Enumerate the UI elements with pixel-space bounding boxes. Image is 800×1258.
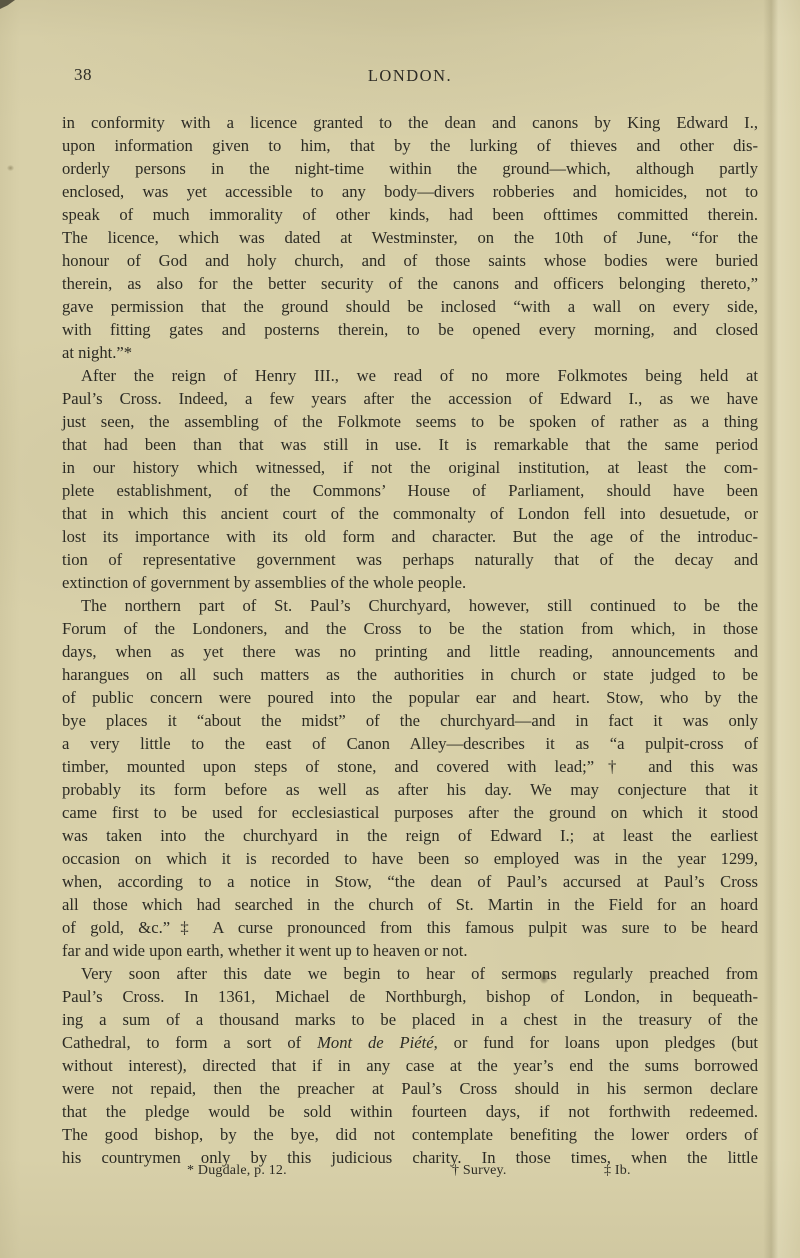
text-line: Paul’s Cross. Indeed, a few years after … [62, 387, 758, 410]
text-line: in our history which witnessed, if not t… [62, 456, 758, 479]
text-line: with fitting gates and posterns therein,… [62, 318, 758, 341]
text-line: honour of God and holy church, and of th… [62, 249, 758, 272]
text-line: Paul’s Cross. In 1361, Michael de Northb… [62, 985, 758, 1008]
text-line: that in which this ancient court of the … [62, 502, 758, 525]
text-line: of public concern were poured into the p… [62, 686, 758, 709]
text-line: The licence, which was dated at Westmins… [62, 226, 758, 249]
text-line: tion of representative government was pe… [62, 548, 758, 571]
text-line: just seen, the assembling of the Folkmot… [62, 410, 758, 433]
text-line: at night.”* [62, 341, 758, 364]
text-line: a very little to the east of Canon Alley… [62, 732, 758, 755]
text-line: that the pledge would be sold within fou… [62, 1100, 758, 1123]
text-line: Forum of the Londoners, and the Cross to… [62, 617, 758, 640]
text-line: his countrymen only by this judicious ch… [62, 1146, 758, 1169]
running-title: LONDON. [62, 66, 758, 86]
text-line: occasion on which it is recorded to have… [62, 847, 758, 870]
text-line: that had been than that was still in use… [62, 433, 758, 456]
text-line: Cathedral, to form a sort of Mont de Pié… [62, 1031, 758, 1054]
text-line: extinction of government by assemblies o… [62, 571, 758, 594]
text-line: in conformity with a licence granted to … [62, 111, 758, 134]
text-line: all those which had searched in the chur… [62, 893, 758, 916]
ink-smudge [539, 971, 549, 984]
text-line: without interest), directed that if in a… [62, 1054, 758, 1077]
body-text: in conformity with a licence granted to … [62, 111, 758, 1169]
text-line: was taken into the churchyard in the rei… [62, 824, 758, 847]
text-line: enclosed, was yet accessible to any body… [62, 180, 758, 203]
text-line: bye places it “about the midst” of the c… [62, 709, 758, 732]
text-line: timber, mounted upon steps of stone, and… [62, 755, 758, 778]
text-line: were not repaid, then the preacher at Pa… [62, 1077, 758, 1100]
book-page: 38 LONDON. in conformity with a licence … [0, 0, 800, 1258]
footnote-ib: ‡ Ib. [604, 1163, 631, 1179]
text-line: far and wide upon earth, whether it went… [62, 939, 758, 962]
text-line: The northern part of St. Paul’s Churchya… [62, 594, 758, 617]
text-line: came first to be used for ecclesiastical… [62, 801, 758, 824]
footnote-survey: † Survey. [452, 1163, 507, 1179]
paper-speck [7, 165, 14, 171]
text-line: orderly persons in the night-time within… [62, 157, 758, 180]
text-line: plete establishment, of the Commons’ Hou… [62, 479, 758, 502]
text-line: harangues on all such matters as the aut… [62, 663, 758, 686]
footnote-dugdale: * Dugdale, p. 12. [187, 1163, 287, 1179]
text-line: The good bishop, by the bye, did not con… [62, 1123, 758, 1146]
text-line: therein, as also for the better security… [62, 272, 758, 295]
text-line: when, according to a notice in Stow, “th… [62, 870, 758, 893]
text-line: days, when as yet there was no printing … [62, 640, 758, 663]
text-line: speak of much immorality of other kinds,… [62, 203, 758, 226]
text-line: of gold, &c.”‡ A curse pronounced from t… [62, 916, 758, 939]
text-line: After the reign of Henry III., we read o… [62, 364, 758, 387]
text-line: probably its form before as well as afte… [62, 778, 758, 801]
text-line: upon information given to him, that by t… [62, 134, 758, 157]
text-line: Very soon after this date we begin to he… [62, 962, 758, 985]
text-line: lost its importance with its old form an… [62, 525, 758, 548]
text-line: gave permission that the ground should b… [62, 295, 758, 318]
text-line: ing a sum of a thousand marks to be plac… [62, 1008, 758, 1031]
scan-corner-mark [0, 0, 15, 9]
